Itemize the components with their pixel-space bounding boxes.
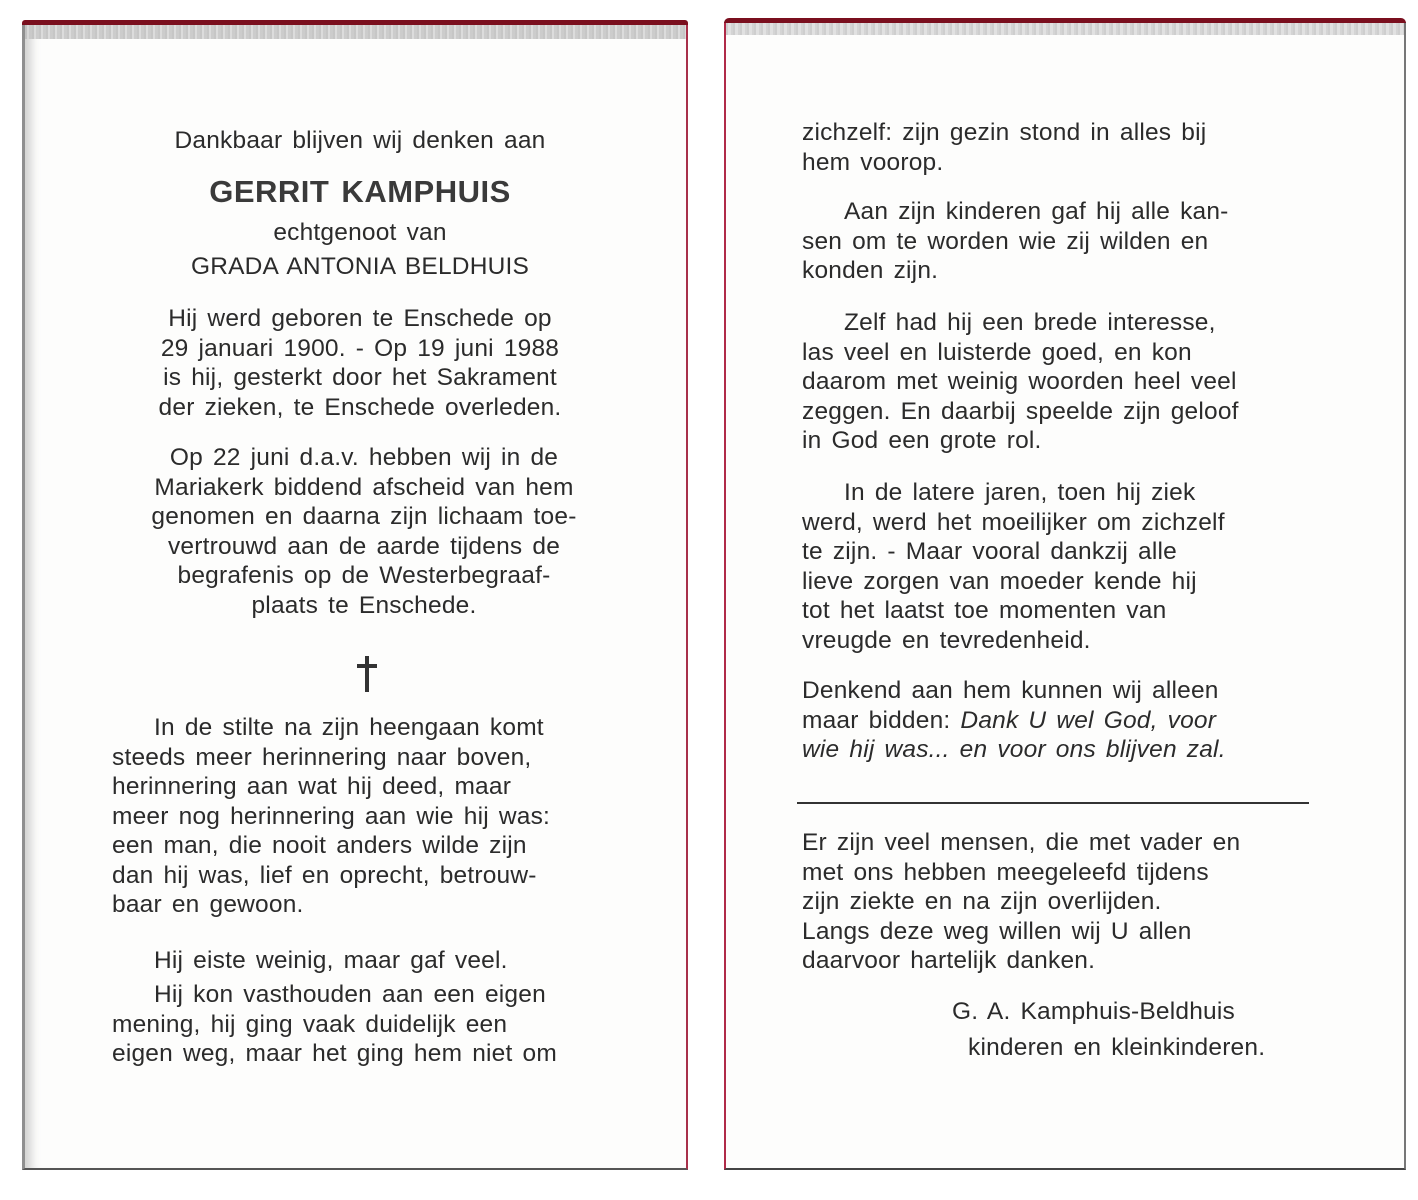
paragraph-line: is hij, gesterkt door het Sakrament bbox=[100, 363, 620, 393]
paragraph-line: Denkend aan hem kunnen wij alleen bbox=[802, 676, 1322, 706]
paragraph-line: herinnering aan wat hij deed, maar bbox=[112, 772, 632, 802]
paragraph-line: 29 januari 1900. - Op 19 juni 1988 bbox=[100, 334, 620, 364]
spouse-block: echtgenoot van GRADA ANTONIA BELDHUIS bbox=[100, 218, 620, 281]
interests-paragraph: Zelf had hij een brede interesse, las ve… bbox=[802, 308, 1322, 456]
paragraph-line: Zelf had hij een brede interesse, bbox=[802, 308, 1322, 338]
paragraph-line: genomen en daarna zijn lichaam toe- bbox=[100, 502, 628, 532]
prayer-paragraph: Denkend aan hem kunnen wij alleen maar b… bbox=[802, 676, 1322, 765]
paragraph-line: een man, die nooit anders wilde zijn bbox=[112, 831, 632, 861]
paragraph-line: sen om te worden wie zij wilden en bbox=[802, 227, 1322, 257]
paragraph-line: hem voorop. bbox=[802, 148, 1322, 178]
paragraph-line: vreugde en tevredenheid. bbox=[802, 626, 1322, 656]
paragraph-line: In de latere jaren, toen hij ziek bbox=[802, 478, 1322, 508]
spouse-label: echtgenoot van bbox=[100, 218, 620, 248]
paragraph-line: plaats te Enschede. bbox=[100, 591, 628, 621]
paragraph-line: dan hij was, lief en oprecht, betrouw- bbox=[112, 861, 632, 891]
paragraph-line: Op 22 juni d.a.v. hebben wij in de bbox=[100, 443, 628, 473]
family-paragraph: zichzelf: zijn gezin stond in alles bij … bbox=[802, 118, 1322, 177]
cross-icon bbox=[356, 656, 378, 692]
paragraph-line: met ons hebben meegeleefd tijdens bbox=[802, 858, 1322, 888]
paragraph-line: In de stilte na zijn heengaan komt bbox=[112, 713, 632, 743]
paragraph-line: der zieken, te Enschede overleden. bbox=[100, 393, 620, 423]
paragraph-line: eigen weg, maar het ging hem niet om bbox=[112, 1039, 637, 1069]
paragraph-line: las veel en luisterde goed, en kon bbox=[802, 338, 1322, 368]
paragraph-line: zichzelf: zijn gezin stond in alles bij bbox=[802, 118, 1322, 148]
memory-paragraph: In de stilte na zijn heengaan komt steed… bbox=[112, 713, 632, 920]
intro-line: Dankbaar blijven wij denken aan bbox=[100, 126, 620, 156]
own-way-paragraph: Hij kon vasthouden aan een eigen mening,… bbox=[112, 980, 637, 1069]
paragraph-line: mening, hij ging vaak duidelijk een bbox=[112, 1010, 637, 1040]
demand-line: Hij eiste weinig, maar gaf veel. bbox=[112, 946, 632, 976]
paragraph-line: begrafenis op de Westerbegraaf- bbox=[100, 561, 628, 591]
later-years-paragraph: In de latere jaren, toen hij ziek werd, … bbox=[802, 478, 1322, 655]
paragraph-line: Hij kon vasthouden aan een eigen bbox=[112, 980, 637, 1010]
prayer-intro: maar bidden: bbox=[802, 707, 960, 734]
birth-death-paragraph: Hij werd geboren te Enschede op 29 janua… bbox=[100, 304, 620, 422]
paragraph-line: lieve zorgen van moeder kende hij bbox=[802, 567, 1322, 597]
paragraph-line: Hij eiste weinig, maar gaf veel. bbox=[112, 946, 632, 976]
paragraph-line: tot het laatst toe momenten van bbox=[802, 596, 1322, 626]
paragraph-line: werd, werd het moeilijker om zichzelf bbox=[802, 508, 1322, 538]
thanks-paragraph: Er zijn veel mensen, die met vader en me… bbox=[802, 828, 1322, 976]
paragraph-line: vertrouwd aan de aarde tijdens de bbox=[100, 532, 628, 562]
paragraph-line: meer nog herinnering aan wie hij was: bbox=[112, 802, 632, 832]
paragraph-line: steeds meer herinnering naar boven, bbox=[112, 743, 632, 773]
prayer-quote: wie hij was... en voor ons blijven zal. bbox=[802, 735, 1322, 765]
paragraph-line: konden zijn. bbox=[802, 256, 1322, 286]
deceased-name: GERRIT KAMPHUIS bbox=[100, 172, 620, 212]
paragraph-line: daarvoor hartelijk danken. bbox=[802, 946, 1322, 976]
paragraph-line: Hij werd geboren te Enschede op bbox=[100, 304, 620, 334]
paragraph-line: te zijn. - Maar vooral dankzij alle bbox=[802, 537, 1322, 567]
children-paragraph: Aan zijn kinderen gaf hij alle kan- sen … bbox=[802, 197, 1322, 286]
paragraph-line: baar en gewoon. bbox=[112, 890, 632, 920]
signature-family: kinderen en kleinkinderen. bbox=[952, 1033, 1312, 1063]
prayer-quote: Dank U wel God, voor bbox=[960, 707, 1216, 734]
paragraph-line: zijn ziekte en na zijn overlijden. bbox=[802, 887, 1322, 917]
spouse-name: GRADA ANTONIA BELDHUIS bbox=[100, 252, 620, 282]
paragraph-line: Aan zijn kinderen gaf hij alle kan- bbox=[802, 197, 1322, 227]
paragraph-line: in God een grote rol. bbox=[802, 426, 1322, 456]
paragraph-line: Langs deze weg willen wij U allen bbox=[802, 917, 1322, 947]
paragraph-line: daarom met weinig woorden heel veel bbox=[802, 367, 1322, 397]
paragraph-line: Er zijn veel mensen, die met vader en bbox=[802, 828, 1322, 858]
funeral-paragraph: Op 22 juni d.a.v. hebben wij in de Maria… bbox=[100, 443, 628, 620]
paragraph-line: maar bidden: Dank U wel God, voor bbox=[802, 706, 1322, 736]
divider-line bbox=[797, 802, 1309, 804]
paragraph-line: Mariakerk biddend afscheid van hem bbox=[100, 473, 628, 503]
signature-block: G. A. Kamphuis-Beldhuis kinderen en klei… bbox=[952, 997, 1312, 1062]
signature-name: G. A. Kamphuis-Beldhuis bbox=[952, 997, 1312, 1027]
intro-text: Dankbaar blijven wij denken aan bbox=[100, 126, 620, 156]
paragraph-line: zeggen. En daarbij speelde zijn geloof bbox=[802, 397, 1322, 427]
